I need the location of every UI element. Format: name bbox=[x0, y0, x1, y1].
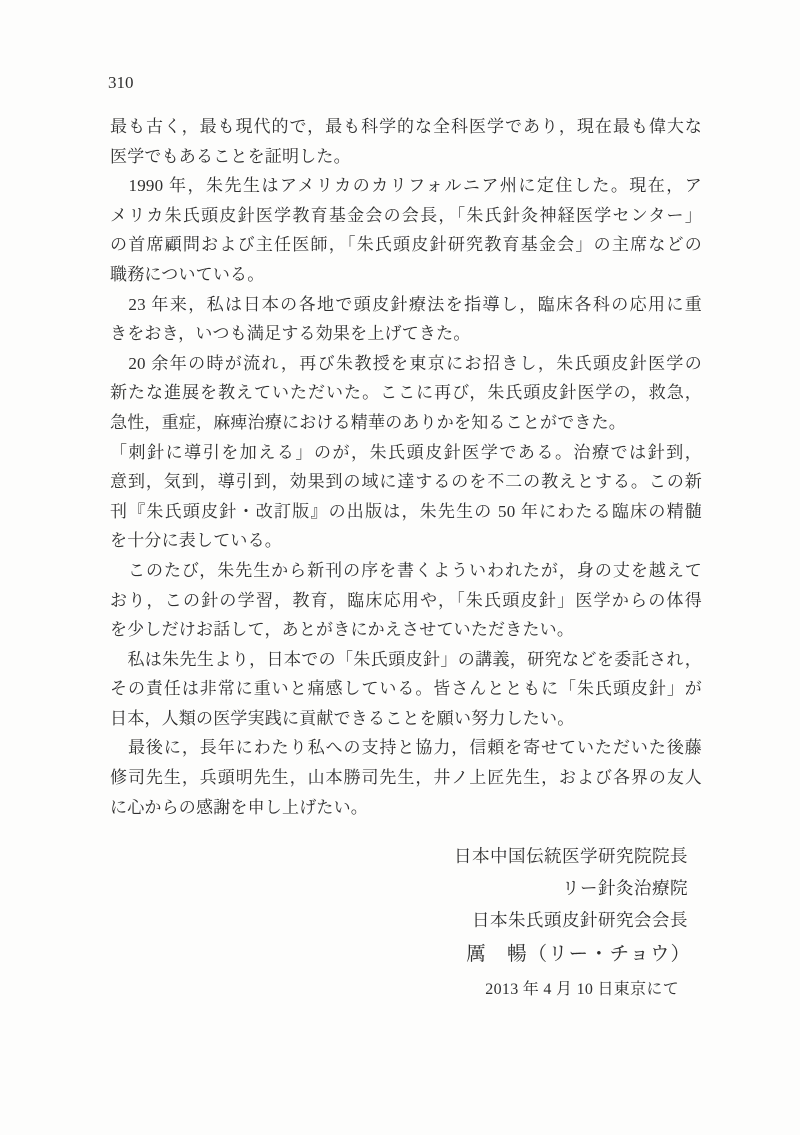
body-text: 最も古く，最も現代的で，最も科学的な全科医学であり，現在最も偉大な医学でもあるこ… bbox=[110, 112, 702, 822]
signature-block: 日本中国伝統医学研究院院長リー針灸治療院日本朱氏頭皮針研究会会長 厲 暢（リー・… bbox=[454, 840, 688, 1006]
text-line: その責任は非常に重いと痛感している。皆さんとともに「朱氏頭皮針」が bbox=[110, 674, 702, 704]
text-line: 急性，重症，麻痺治療における精華のありかを知ることができた。 bbox=[110, 408, 702, 438]
author-name: 厲 暢（リー・チョウ） bbox=[454, 936, 691, 973]
text-line: 刊『朱氏頭皮針・改訂版』の出版は，朱先生の 50 年にわたる臨床の精髄 bbox=[110, 497, 702, 527]
text-line: おり，この針の学習，教育，臨床応用や，「朱氏頭皮針」医学からの体得 bbox=[110, 586, 702, 616]
text-line: 意到，気到，導引到，効果到の域に達するのを不二の教えとする。この新 bbox=[110, 467, 702, 497]
text-line: リー針灸治療院 bbox=[454, 872, 688, 904]
text-line: 日本中国伝統医学研究院院長 bbox=[454, 840, 688, 872]
text-line: きをおき，いつも満足する効果を上げてきた。 bbox=[110, 319, 702, 349]
signature-date: 2013 年 4 月 10 日東京にて bbox=[454, 973, 679, 1006]
text-line: 新たな進展を教えていただいた。ここに再び，朱氏頭皮針医学の，救急， bbox=[110, 378, 702, 408]
text-line: 1990 年，朱先生はアメリカのカリフォルニア州に定住した。現在，ア bbox=[110, 171, 702, 201]
text-line: このたび，朱先生から新刊の序を書くよういわれたが，身の丈を越えて bbox=[110, 556, 702, 586]
text-line: 医学でもあることを証明した。 bbox=[110, 142, 702, 172]
text-line: の首席顧問および主任医師，「朱氏頭皮針研究教育基金会」の主席などの bbox=[110, 230, 702, 260]
text-line: 日本朱氏頭皮針研究会会長 bbox=[454, 904, 688, 936]
text-line: を少しだけお話して，あとがきにかえさせていただきたい。 bbox=[110, 615, 702, 645]
signature-org-lines: 日本中国伝統医学研究院院長リー針灸治療院日本朱氏頭皮針研究会会長 bbox=[454, 840, 688, 936]
text-line: 「刺針に導引を加える」のが，朱氏頭皮針医学である。治療では針到， bbox=[110, 438, 702, 468]
text-line: に心からの感謝を申し上げたい。 bbox=[110, 793, 702, 823]
text-line: を十分に表している。 bbox=[110, 526, 702, 556]
text-line: 23 年来，私は日本の各地で頭皮針療法を指導し，臨床各科の応用に重 bbox=[110, 290, 702, 320]
text-line: 最後に，長年にわたり私への支持と協力，信頼を寄せていただいた後藤 bbox=[110, 733, 702, 763]
text-line: 日本，人類の医学実践に貢献できることを願い努力したい。 bbox=[110, 704, 702, 734]
text-line: 最も古く，最も現代的で，最も科学的な全科医学であり，現在最も偉大な bbox=[110, 112, 702, 142]
book-page: 310 最も古く，最も現代的で，最も科学的な全科医学であり，現在最も偉大な医学で… bbox=[0, 0, 800, 1135]
text-line: メリカ朱氏頭皮針医学教育基金会の会長，「朱氏針灸神経医学センター」 bbox=[110, 201, 702, 231]
text-line: 職務についている。 bbox=[110, 260, 702, 290]
page-number: 310 bbox=[108, 73, 134, 93]
text-line: 20 余年の時が流れ，再び朱教授を東京にお招きし，朱氏頭皮針医学の bbox=[110, 349, 702, 379]
text-line: 私は朱先生より，日本での「朱氏頭皮針」の講義，研究などを委託され， bbox=[110, 645, 702, 675]
text-line: 修司先生，兵頭明先生，山本勝司先生，井ノ上匠先生，および各界の友人 bbox=[110, 763, 702, 793]
